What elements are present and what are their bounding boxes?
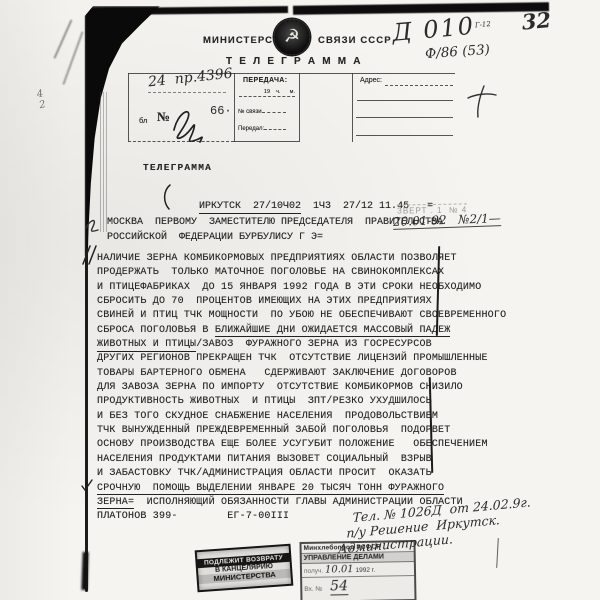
receipt-stamp-number-hand: 54	[330, 578, 348, 595]
body-line: ПРОДУКТИВНОСТЬ ЖИВОТНЫХ И ПТИЦЫ ЗПТ/РЕЗК…	[97, 396, 506, 410]
form-peredacha-label: ПЕРЕДАЧА:	[243, 77, 287, 84]
body-line: ДРУГИХ РЕГИОНОВ ПРЕКРАЩЕН ТЧК ОТСУТСТВИЕ…	[97, 353, 506, 367]
pen-plus-mark	[466, 84, 500, 120]
body-line: СВИНЕЙ И ПТИЦ ТЧК МОЩНОСТИ ПО УБОЮ НЕ ОБ…	[97, 310, 506, 324]
pen-bracket-origin	[160, 184, 172, 210]
scan-artifact-left-streak1	[54, 20, 72, 59]
receipt-stamp-year: 1992 г.	[355, 567, 375, 574]
ussr-emblem-icon: ☭	[274, 19, 310, 55]
hammer-sickle-glyph: ☭	[284, 28, 300, 46]
body-line: СБРОСА ПОГОЛОВЬЯ В БЛИЖАЙШИЕ ДНИ ОЖИДАЕТ…	[97, 325, 506, 339]
return-stamp: ПОДЛЕЖИТ ВОЗВРАТУ В КАНЦЕЛЯРИЮ МИНИСТЕРС…	[195, 544, 294, 593]
body-line: И ПТИЦЕФАБРИКАХ ДО 15 ЯНВАРЯ 1992 ГОДА В…	[97, 282, 506, 296]
body-line: И ЗАБАСТОВКУ ТЧК/АДМИНИСТРАЦИЯ ОБЛАСТИ П…	[97, 468, 506, 482]
form-bl-label: бл	[139, 116, 147, 125]
margin-fine-print	[100, 92, 107, 232]
receipt-stamp-number-label: Вх. №	[304, 586, 322, 593]
receipt-stamp-date-hand: 10.01	[325, 564, 354, 575]
form-time-line: 19 ч. м.	[239, 89, 295, 97]
body-line: НАЛИЧИЕ ЗЕРНА КОМБИКОРМОВЫХ ПРЕДПРИЯТИЯХ…	[97, 253, 506, 267]
telegram-body: НАЛИЧИЕ ЗЕРНА КОМБИКОРМОВЫХ ПРЕДПРИЯТИЯХ…	[97, 253, 506, 526]
scan-artifact-left-streak2	[62, 31, 83, 84]
form-border-left	[128, 73, 129, 142]
registration-stamp-handwritten-date: 20.01-92 №2/1—	[393, 211, 501, 230]
origin-underlined: ИРКУТСК 27/10Ч02	[199, 201, 301, 214]
telegram-section-label: ТЕЛЕГРАММА	[143, 162, 212, 173]
scan-artifact-left-edge-line	[85, 248, 88, 592]
form-address-label: Адрес:	[360, 77, 382, 84]
form-peredal-line: Передал:	[238, 123, 296, 132]
body-line: ОСНОВУ ПРОИЗВОДСТВА ЕЩЕ БОЛЕЕ УСУГУБИТ П…	[97, 439, 506, 453]
hand-number-main: Д 010	[391, 12, 476, 47]
form-address-rule-1	[357, 100, 453, 101]
hand-ref-number: Ф/86 (53)	[425, 42, 491, 62]
form-divider-1	[234, 73, 235, 142]
receipt-stamp-date-label: получ.	[304, 568, 323, 575]
body-line: НАСЕЛЕНИЯ ПРОДУКТАМИ ПИТАНИЯ ВЫЗОВЕТ СОЦ…	[97, 454, 506, 468]
body-line: ЖИВОТНЫХ И ПТИЦЫ/ЗАВОЗ ФУРАЖНОГО ЗЕРНА И…	[97, 339, 506, 353]
body-line: ПРОДЕРЖАТЬ ТОЛЬКО МАТОЧНОЕ ПОГОЛОВЬЕ НА …	[97, 267, 506, 281]
form-svyaz-label: № связи	[238, 109, 262, 115]
hand-receive-note: 24 пр.4396	[147, 66, 233, 91]
form-title-telegramma: Т Е Л Е Г Р А М М А	[226, 56, 363, 67]
body-line: И БЕЗ ТОГО СКУДНОЕ СНАБЖЕНИЕ НАСЕЛЕНИЯ П…	[97, 411, 506, 425]
form-divider-3	[352, 73, 353, 142]
hand-number-2: 32	[521, 7, 552, 34]
scan-artifact-bottom-left-blob	[81, 552, 88, 590]
form-address-dotline	[385, 84, 453, 86]
form-border-bottom-col2	[234, 141, 299, 142]
pen-mark-addressee	[84, 214, 100, 234]
form-divider-2	[299, 73, 300, 142]
body-line: ТОВАРЫ БАРТЕРНОГО ОБМЕНА СДЕРЖИВАЮТ ЗАКЛ…	[97, 368, 506, 382]
body-line: ТЧК ВЫНУЖДЕННЫЙ ПРЕЖДЕВРЕМЕННЫЙ ЗАБОЙ ПО…	[97, 425, 506, 439]
hand-signature-squiggle	[166, 104, 214, 146]
body-line: ДЛЯ ЗАВОЗА ЗЕРНА ПО ИМПОРТУ ОТСУТСТВИЕ К…	[97, 382, 506, 396]
body-line: СРОЧНУЮ ПОМОЩЬ ВЫДЕЛЕНИИ ЯНВАРЕ 20 ТЫСЯЧ…	[97, 483, 506, 497]
receipt-stamp-number-row: Вх. № 54	[302, 576, 414, 596]
body-line: СБРОСИТЬ ДО 70 ПРОЦЕНТОВ ИМЕЮЩИХ НА ЭТИХ…	[97, 296, 506, 310]
addressee-line-2: РОССИЙСКОЙ ФЕДЕРАЦИИ БУРБУЛИСУ Г Э=	[107, 232, 323, 243]
telegram-scan-page: 4 2 МИНИСТЕРСТВО ☭ СВЯЗИ СССР Т Е Л Е Г …	[0, 0, 600, 600]
form-peredal-label: Передал:	[238, 126, 264, 132]
form-address-rule-3	[356, 135, 453, 136]
pen-check-mark	[80, 478, 94, 492]
hand-receive-underline	[148, 91, 226, 93]
receipt-stamp: Минхлебопрод РСФСР УПРАВЛЕНИЕ ДЕЛАМИ пол…	[299, 540, 416, 600]
hand-number-sup: Г-12	[475, 20, 492, 29]
margin-pen-marks: 4 2	[36, 87, 54, 111]
form-svyaz-line: № связи	[238, 106, 296, 115]
hand-66: 66·	[210, 104, 232, 118]
form-address-rule-2	[356, 117, 453, 118]
ministry-name-right: СВЯЗИ СССР	[318, 35, 392, 46]
